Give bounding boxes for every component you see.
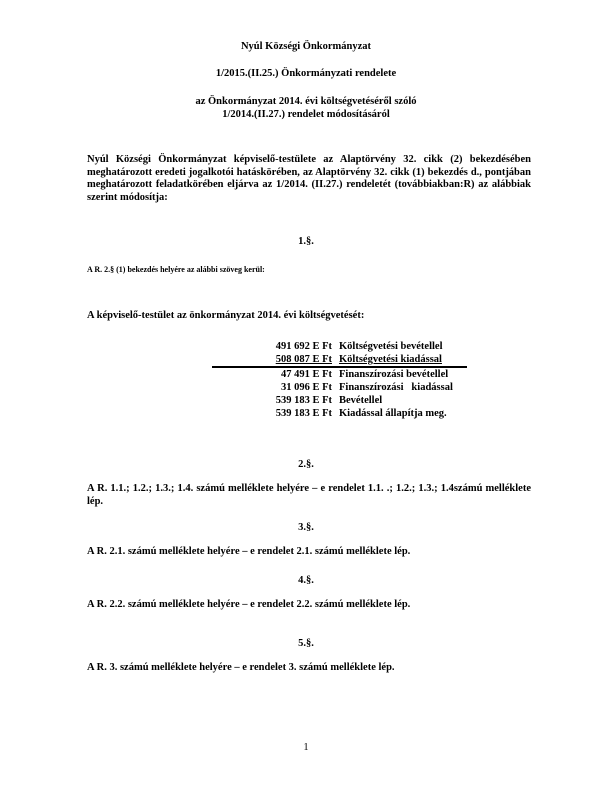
section-5-heading: 5.§.	[0, 638, 612, 649]
budget-label: Kiadással állapítja meg.	[339, 408, 447, 420]
budget-row: 31 096 E Ft Finanszírozási kiadással	[0, 382, 612, 394]
budget-divider	[212, 366, 467, 368]
budget-row: 491 692 E Ft Költségvetési bevétellel	[0, 341, 612, 353]
section-2-heading: 2.§.	[0, 459, 612, 470]
budget-row: 508 087 E Ft Költségvetési kiadással	[0, 354, 612, 366]
budget-amount: 539 183 E Ft	[252, 395, 332, 407]
municipality-heading: Nyúl Községi Önkormányzat	[0, 41, 612, 52]
budget-amount: 31 096 E Ft	[252, 382, 332, 394]
section-1-text: A R. 2.§ (1) bekezdés helyére az alábbi …	[87, 265, 531, 274]
budget-label: Finanszírozási kiadással	[339, 382, 453, 394]
budget-row: 539 183 E Ft Bevétellel	[0, 395, 612, 407]
section-4-heading: 4.§.	[0, 575, 612, 586]
section-1-heading: 1.§.	[0, 236, 612, 247]
preamble-paragraph: Nyúl Községi Önkormányzat képviselő-test…	[87, 154, 531, 204]
budget-amount: 508 087 E Ft	[252, 354, 332, 366]
section-2-text: A R. 1.1.; 1.2.; 1.3.; 1.4. számú mellék…	[87, 483, 531, 508]
section-4-text: A R. 2.2. számú melléklete helyére – e r…	[87, 599, 531, 612]
budget-label: Bevétellel	[339, 395, 382, 407]
budget-amount: 539 183 E Ft	[252, 408, 332, 420]
budget-amount: 491 692 E Ft	[252, 341, 332, 353]
budget-amount: 47 491 E Ft	[252, 369, 332, 381]
decree-subject-line-2: 1/2014.(II.27.) rendelet módosításáról	[0, 109, 612, 120]
section-5-text: A R. 3. számú melléklete helyére – e ren…	[87, 662, 531, 675]
decree-subject-line-1: az Önkormányzat 2014. évi költségvetésér…	[0, 96, 612, 107]
page-number: 1	[0, 742, 612, 753]
section-3-text: A R. 2.1. számú melléklete helyére – e r…	[87, 546, 531, 559]
budget-label: Költségvetési bevétellel	[339, 341, 443, 353]
budget-row: 539 183 E Ft Kiadással állapítja meg.	[0, 408, 612, 420]
budget-label: Költségvetési kiadással	[339, 354, 442, 366]
budget-label: Finanszírozási bevétellel	[339, 369, 448, 381]
decree-number: 1/2015.(II.25.) Önkormányzati rendelete	[0, 68, 612, 79]
budget-row: 47 491 E Ft Finanszírozási bevétellel	[0, 369, 612, 381]
budget-table: 491 692 E Ft Költségvetési bevétellel 50…	[0, 341, 612, 421]
budget-intro: A képviselő-testület az önkormányzat 201…	[87, 310, 531, 323]
section-3-heading: 3.§.	[0, 522, 612, 533]
